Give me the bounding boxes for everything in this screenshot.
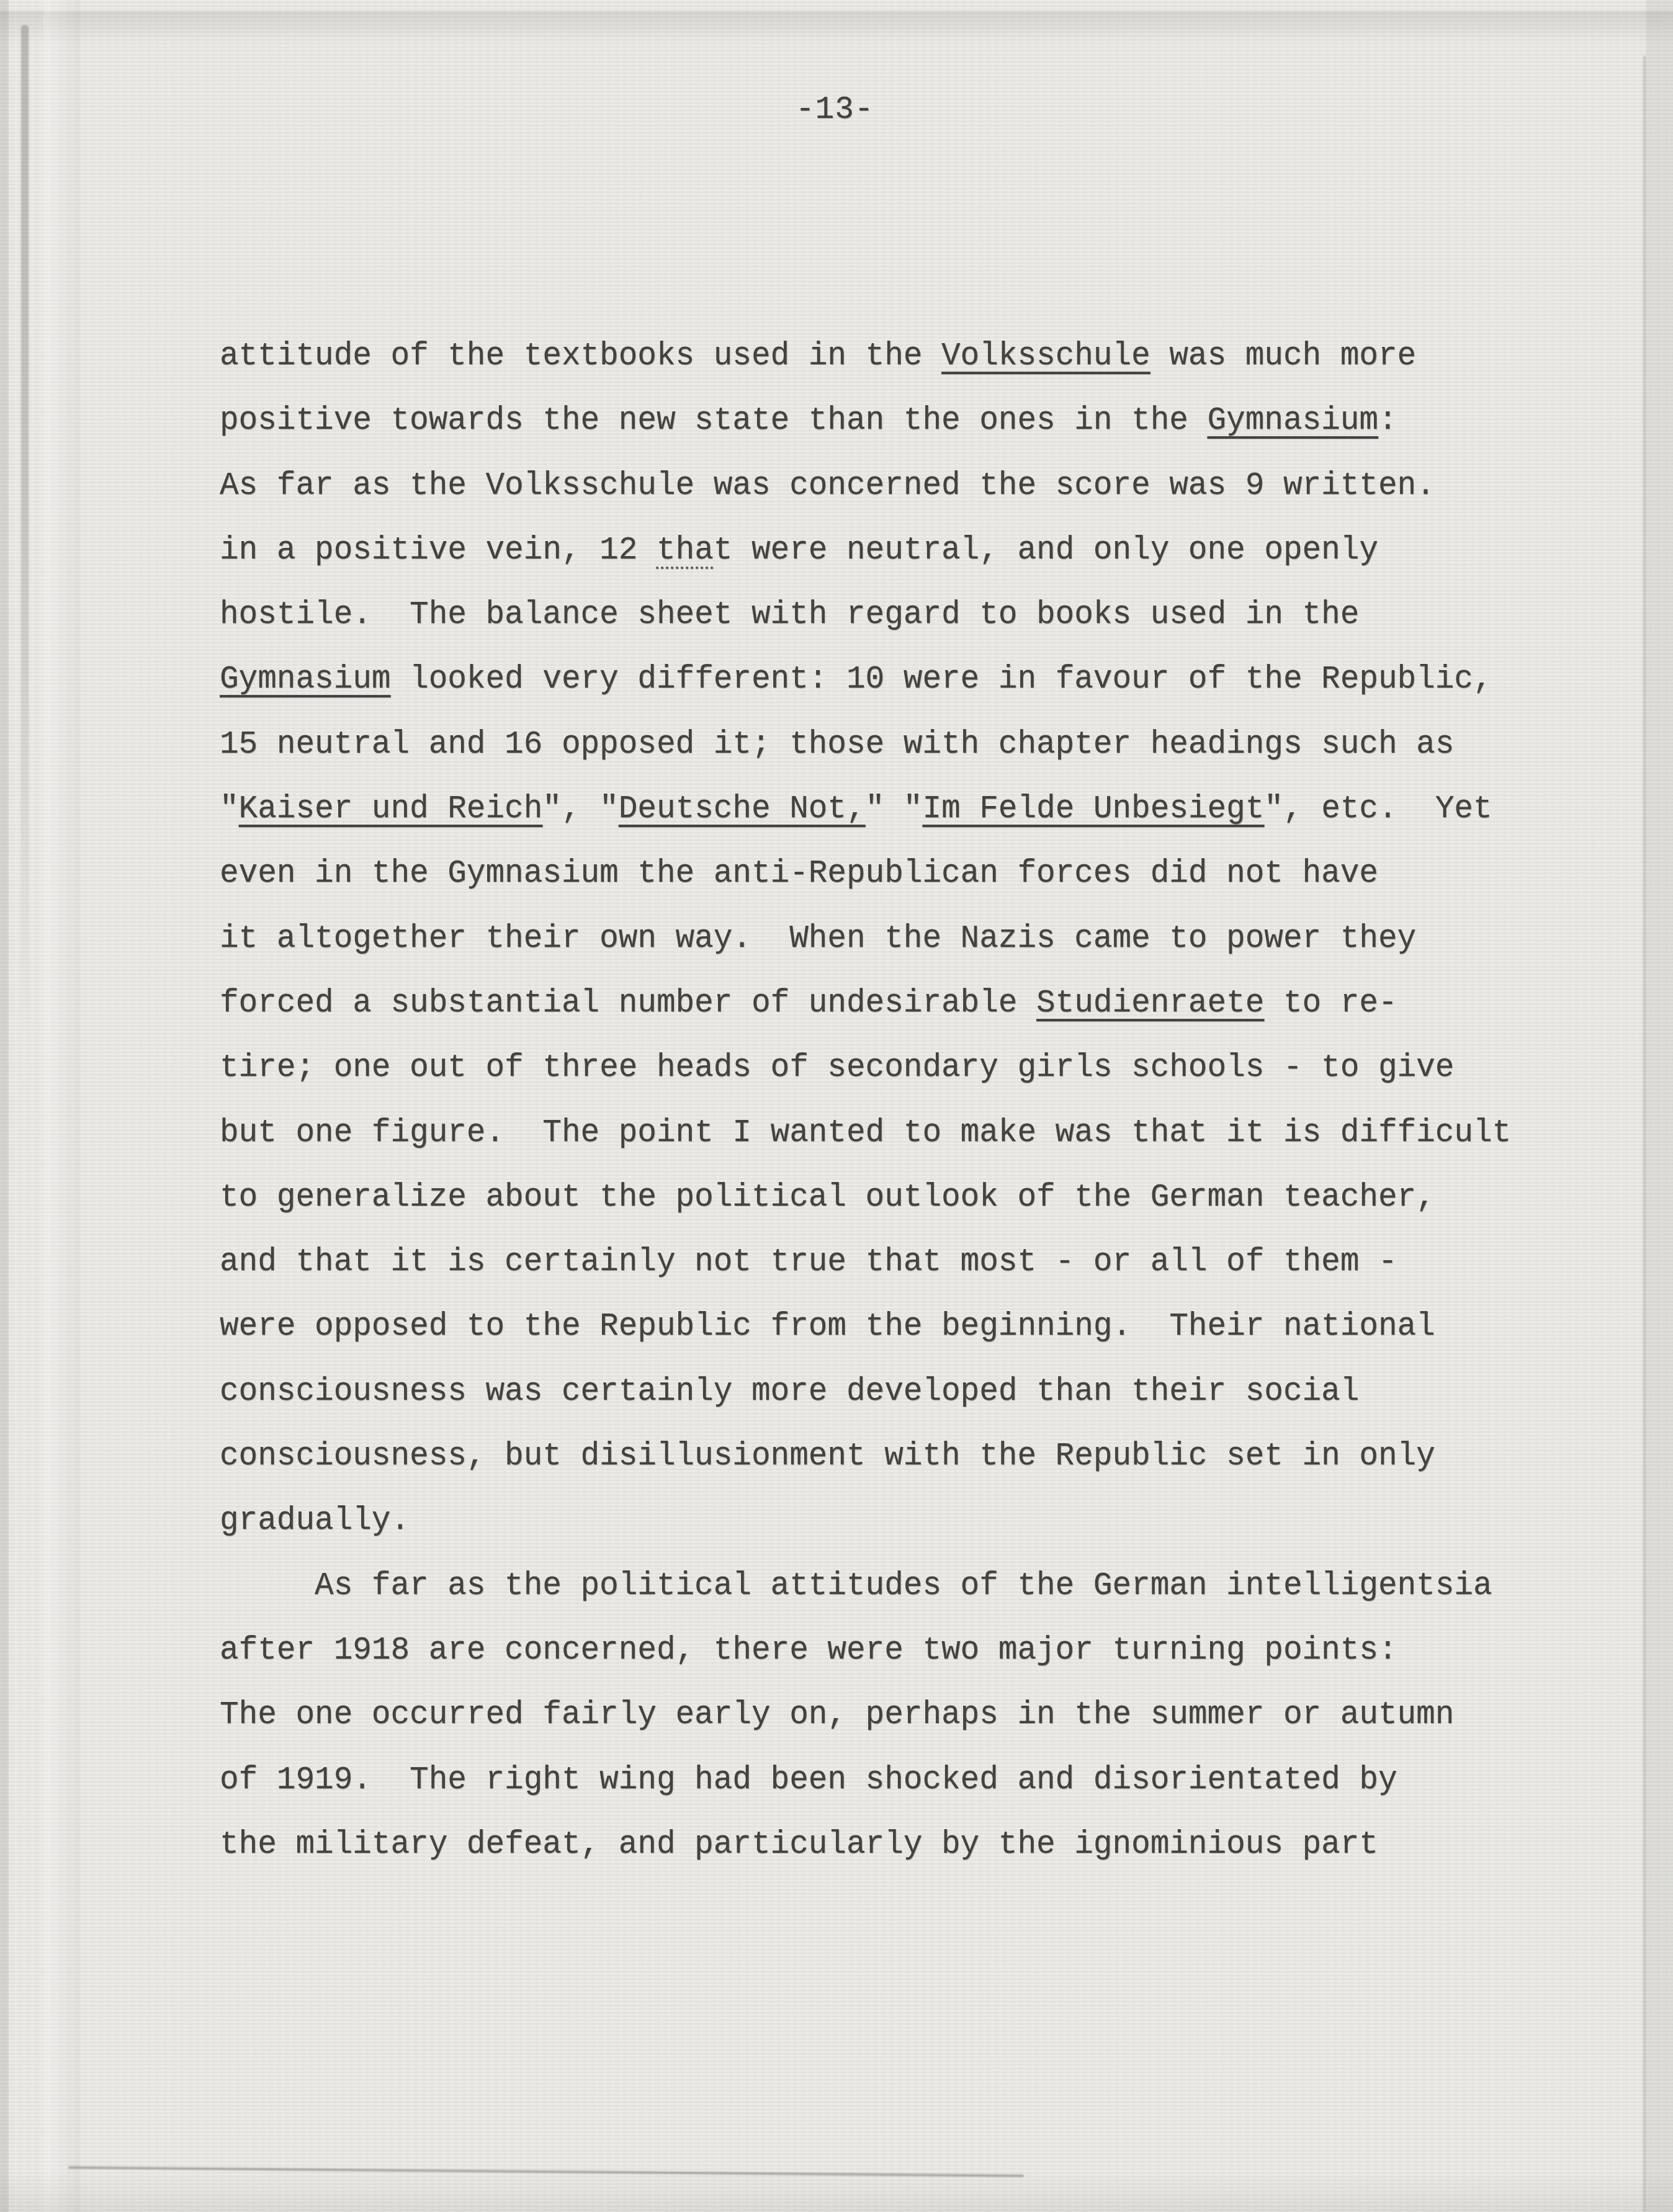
text-segment: of 1919. The right wing had been shocked… [220, 1763, 1397, 1798]
underlined-text: Gymnasium [220, 662, 390, 697]
text-segment: As far as the political attitudes of the… [220, 1569, 1492, 1604]
text-segment: looked very different: 10 were in favour… [390, 662, 1492, 697]
text-line: hostile. The balance sheet with regard t… [220, 583, 1572, 648]
paper-fold-shadow [43, 0, 81, 2212]
underlined-text: Gymnasium [1207, 403, 1378, 439]
text-segment: were opposed to the Republic from the be… [220, 1309, 1435, 1345]
text-segment: As far as the Volksschule was concerned … [220, 468, 1435, 504]
scanned-typescript-page: -13- attitude of the textbooks used in t… [0, 0, 1673, 2212]
text-segment: 15 neutral and 16 opposed it; those with… [220, 727, 1454, 763]
scan-right-margin [1646, 0, 1673, 2212]
text-line: even in the Gymnasium the anti-Republica… [220, 842, 1572, 907]
text-segment: and that it is certainly not true that m… [220, 1245, 1397, 1280]
text-line: forced a substantial number of undesirab… [220, 972, 1572, 1036]
text-segment: consciousness, but disillusionment with … [220, 1439, 1435, 1474]
text-segment: in a positive vein, 12 [220, 533, 657, 568]
paper-fold-line [21, 25, 29, 1030]
text-line: gradually. [220, 1489, 1572, 1554]
text-segment: even in the Gymnasium the anti-Republica… [220, 856, 1378, 892]
text-segment: : [1378, 403, 1397, 439]
text-segment: ", etc. Yet [1264, 792, 1492, 827]
underlined-text: Im Felde Unbesiegt [922, 792, 1264, 827]
text-line: it altogether their own way. When the Na… [220, 907, 1572, 972]
text-line: 15 neutral and 16 opposed it; those with… [220, 713, 1572, 777]
underlined-text: Studienraete [1036, 986, 1264, 1021]
text-line: in a positive vein, 12 that were neutral… [220, 519, 1572, 583]
text-line: after 1918 are concerned, there were two… [220, 1619, 1572, 1683]
text-line: were opposed to the Republic from the be… [220, 1295, 1572, 1359]
text-line: As far as the Volksschule was concerned … [220, 454, 1572, 519]
text-line: Gymnasium looked very different: 10 were… [220, 648, 1572, 712]
text-segment: it altogether their own way. When the Na… [220, 921, 1416, 957]
text-segment: the military defeat, and particularly by… [220, 1827, 1378, 1863]
text-segment: t were neutral, and only one openly [714, 533, 1378, 568]
text-segment: to generalize about the political outloo… [220, 1180, 1435, 1216]
text-segment: " " [866, 792, 923, 827]
text-segment: tha [657, 533, 714, 568]
text-line: As far as the political attitudes of the… [220, 1554, 1572, 1619]
text-segment: tire; one out of three heads of secondar… [220, 1050, 1454, 1086]
text-line: but one figure. The point I wanted to ma… [220, 1101, 1572, 1166]
body-text: attitude of the textbooks used in the Vo… [220, 325, 1572, 1878]
scan-bottom-shadow [0, 2172, 1673, 2212]
text-line: positive towards the new state than the … [220, 389, 1572, 454]
page-number: -13- [796, 92, 874, 129]
text-line: "Kaiser und Reich", "Deutsche Not," "Im … [220, 777, 1572, 842]
text-line: tire; one out of three heads of secondar… [220, 1036, 1572, 1101]
scan-left-edge [0, 0, 9, 2212]
text-segment: after 1918 are concerned, there were two… [220, 1633, 1397, 1668]
text-segment: ", " [542, 792, 618, 827]
text-segment: hostile. The balance sheet with regard t… [220, 598, 1359, 633]
text-line: and that it is certainly not true that m… [220, 1230, 1572, 1295]
underlined-text: Deutsche Not, [619, 792, 866, 827]
text-segment: consciousness was certainly more develop… [220, 1374, 1359, 1410]
text-segment: gradually. [220, 1503, 410, 1539]
text-segment: attitude of the textbooks used in the [220, 339, 941, 374]
text-line: The one occurred fairly early on, perhap… [220, 1683, 1572, 1748]
scan-top-shadow [0, 11, 1673, 43]
text-segment: but one figure. The point I wanted to ma… [220, 1116, 1511, 1151]
underlined-text: Volksschule [941, 339, 1150, 374]
text-segment: The one occurred fairly early on, perhap… [220, 1698, 1454, 1733]
text-line: to generalize about the political outloo… [220, 1166, 1572, 1230]
text-line: consciousness was certainly more develop… [220, 1360, 1572, 1425]
text-line: of 1919. The right wing had been shocked… [220, 1749, 1572, 1813]
text-line: attitude of the textbooks used in the Vo… [220, 325, 1572, 389]
text-segment: positive towards the new state than the … [220, 403, 1207, 439]
text-segment: was much more [1150, 339, 1416, 374]
underlined-text: Kaiser und Reich [239, 792, 543, 827]
text-segment: forced a substantial number of undesirab… [220, 986, 1036, 1021]
text-segment: " [220, 792, 239, 827]
text-segment: to re- [1264, 986, 1397, 1021]
text-line: the military defeat, and particularly by… [220, 1813, 1572, 1878]
text-line: consciousness, but disillusionment with … [220, 1425, 1572, 1489]
